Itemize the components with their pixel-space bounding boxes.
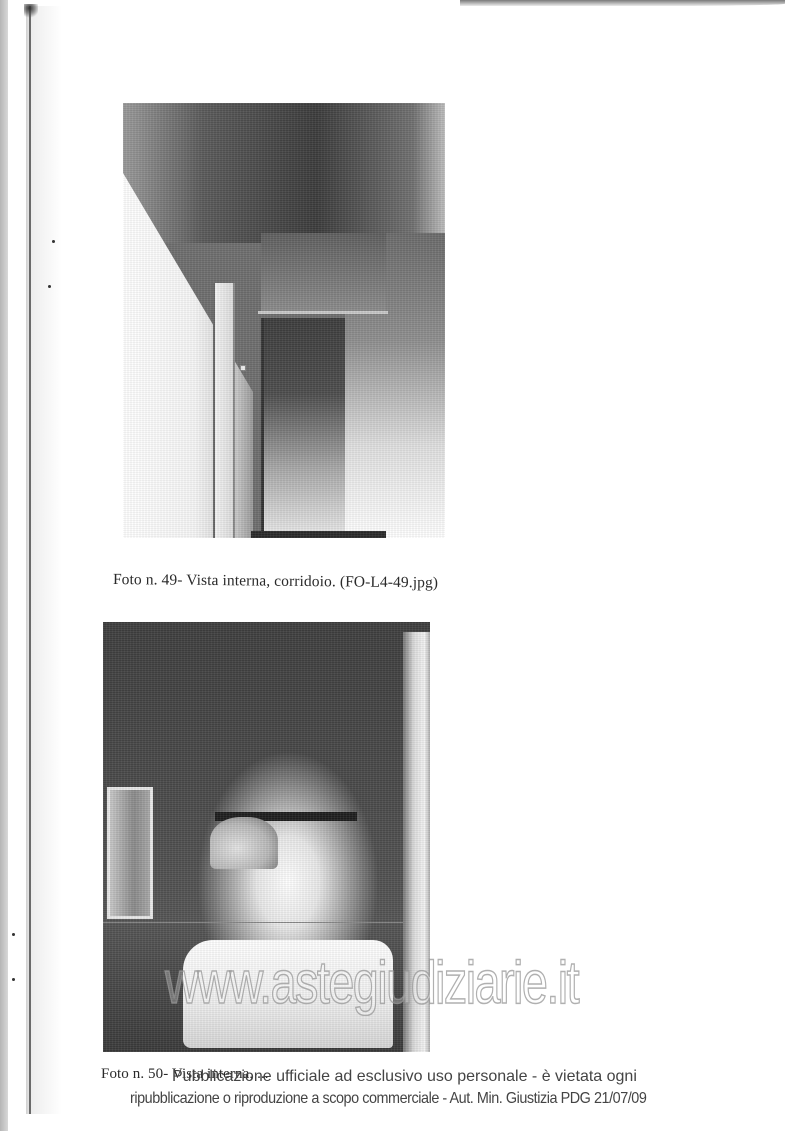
scan-top-edge bbox=[460, 0, 785, 6]
scan-speck bbox=[52, 240, 55, 243]
watermark-notice-line-2: ripubblicazione o riproduzione a scopo c… bbox=[130, 1090, 646, 1108]
photo-corridor bbox=[123, 103, 445, 538]
binding-line bbox=[29, 6, 31, 1114]
scan-left-edge bbox=[0, 0, 8, 1131]
watermark-url: www.astegiudiziarie.it bbox=[165, 948, 578, 1017]
binding-mark bbox=[24, 4, 38, 18]
scan-speck bbox=[12, 978, 15, 981]
watermark-notice-line-1: Pubblicazione ufficiale ad esclusivo uso… bbox=[172, 1068, 637, 1086]
photo-grain bbox=[123, 103, 445, 538]
scan-speck bbox=[12, 933, 15, 936]
scan-speck bbox=[48, 285, 51, 288]
photo-49-caption: Foto n. 49- Vista interna, corridoio. (F… bbox=[113, 571, 438, 592]
binding-shadow bbox=[26, 6, 62, 1114]
